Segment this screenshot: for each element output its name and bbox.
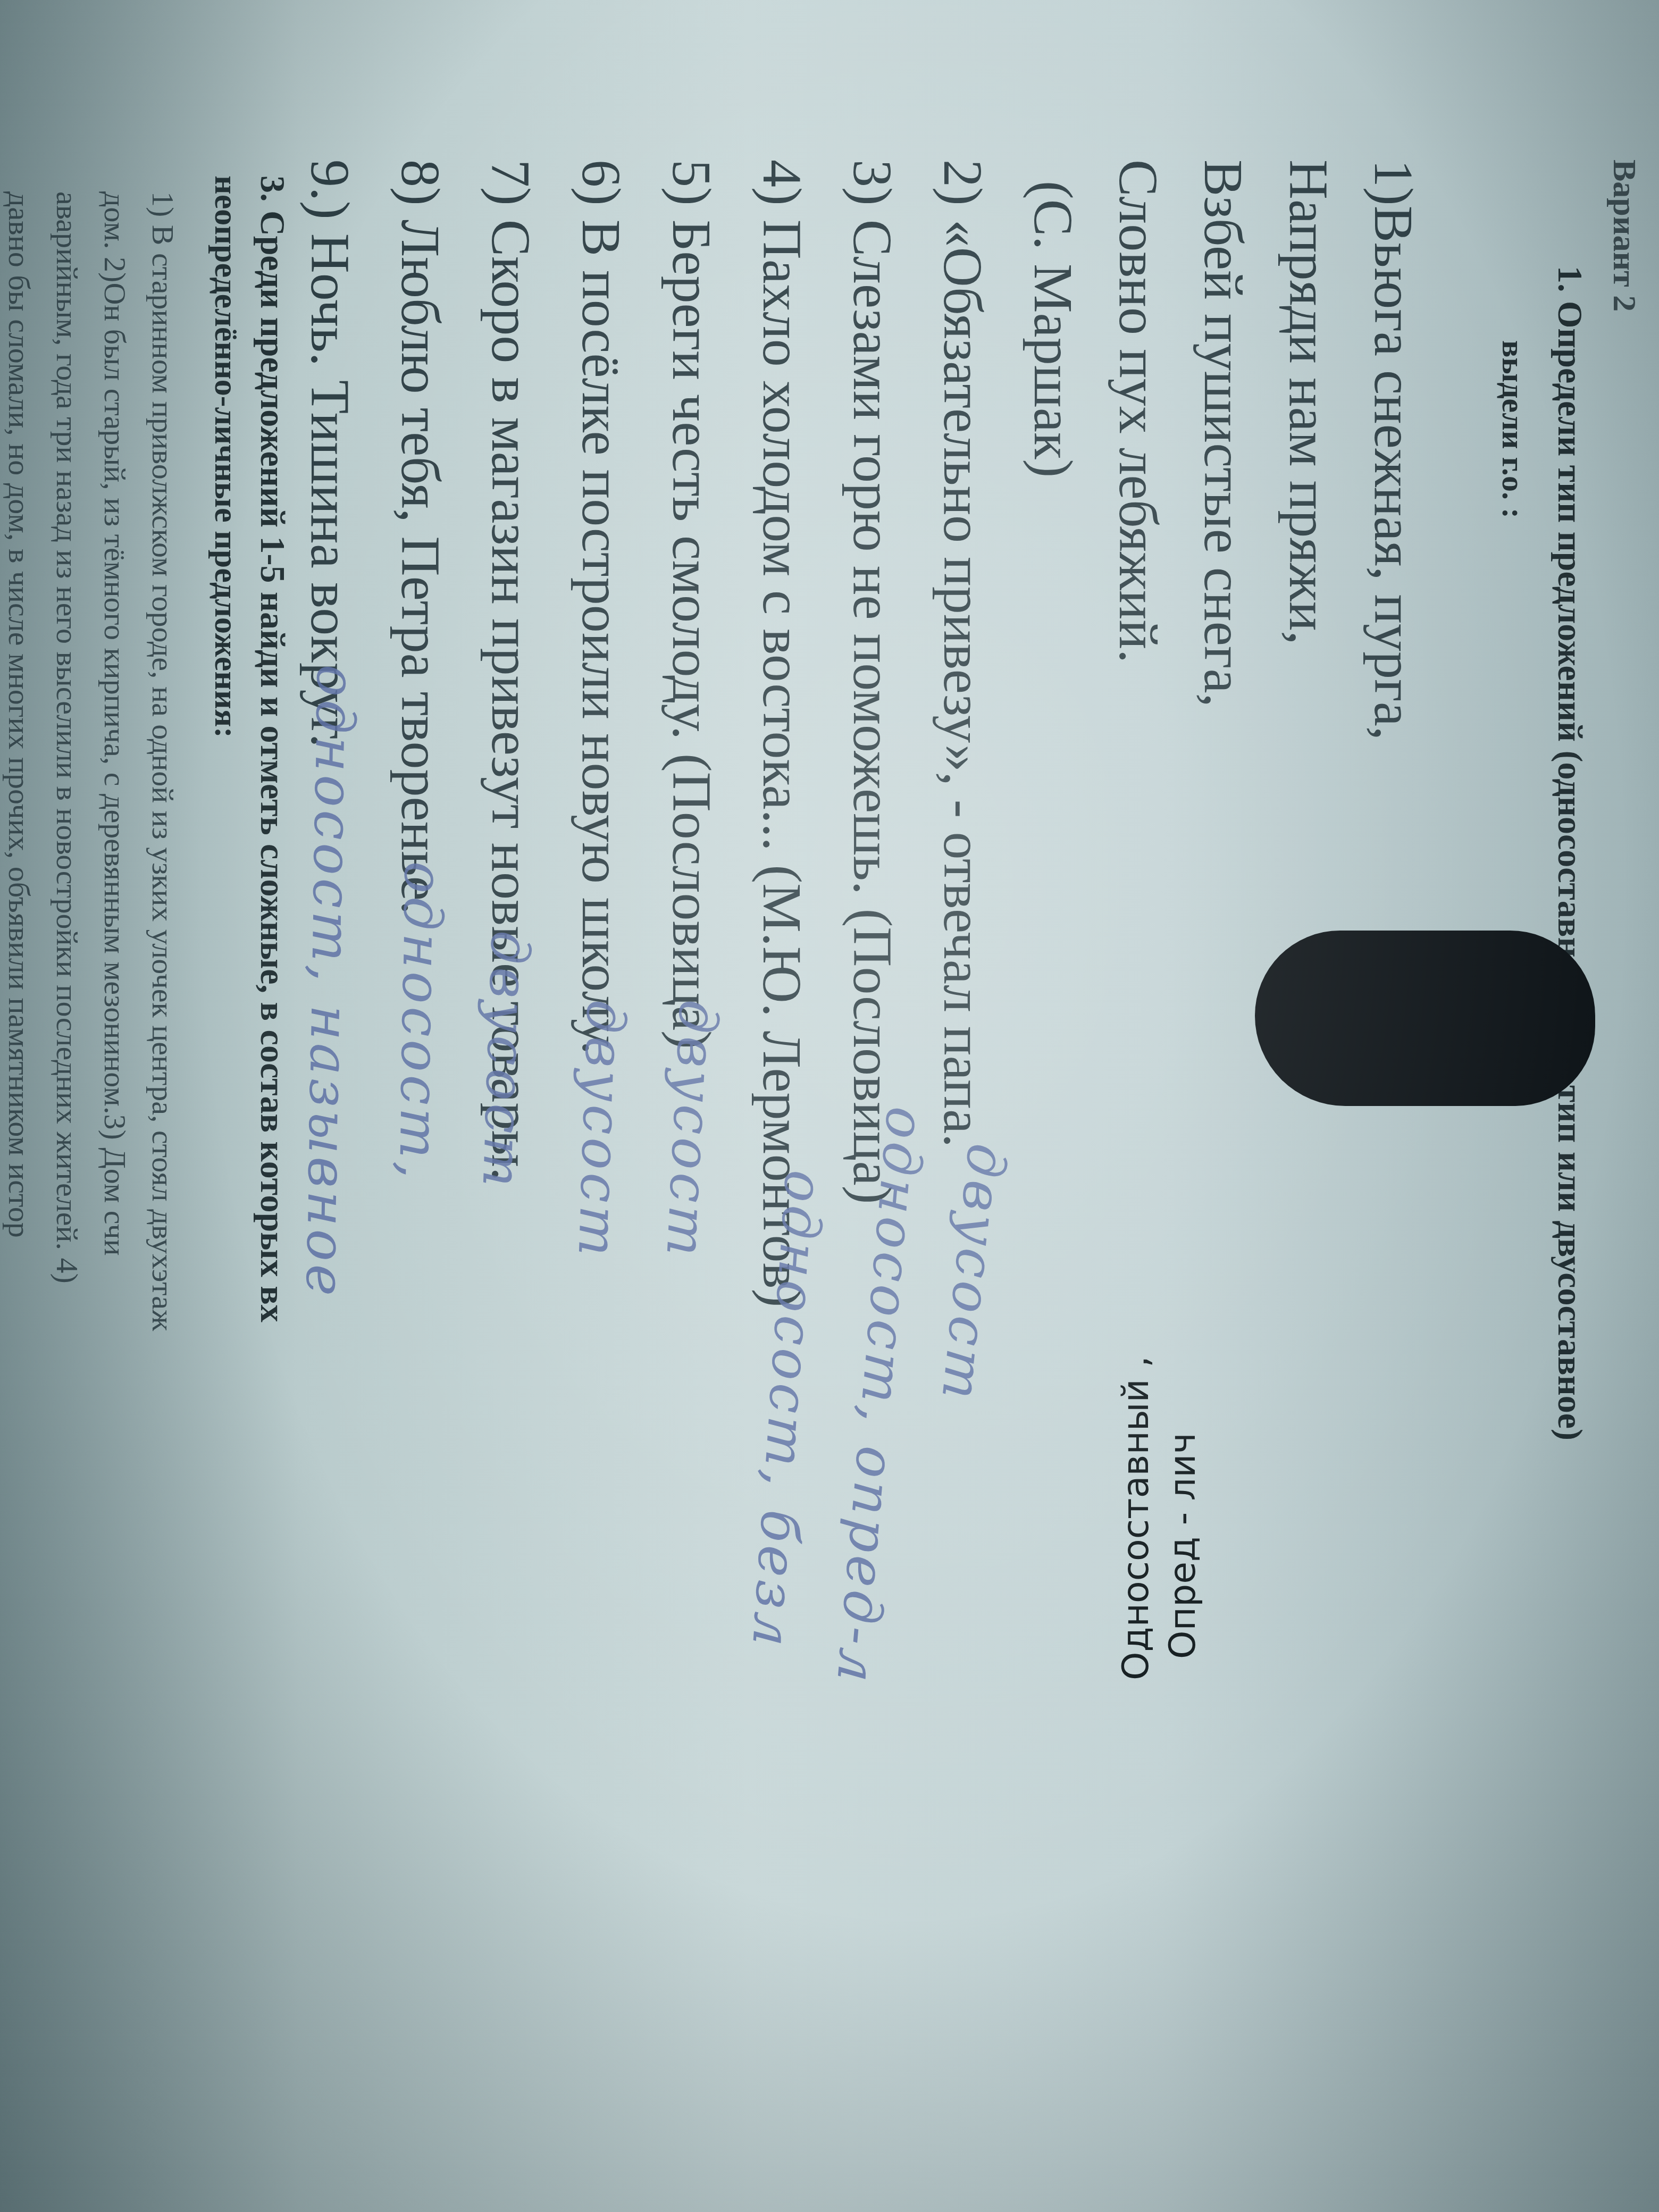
sentence-1-line-2: Напряди нам пряжи, xyxy=(1277,160,1340,645)
sentence-6: 6) В посёлке построили новую школу. xyxy=(569,160,633,1054)
sentence-1-author: (С. Маршак) xyxy=(1021,181,1085,477)
paragraph-line-4: давно бы сломали, но дом, в числе многих… xyxy=(2,191,37,1238)
sentence-9: 9.) Ночь. Тишина вокруг. xyxy=(298,160,362,747)
handwritten-answer-5: двусост xyxy=(654,998,730,1261)
sentence-1-line-1: 1)Вьюга снежная, пурга, xyxy=(1362,160,1425,740)
sentence-1-line-3: Взбей пушистые снега, xyxy=(1192,160,1255,707)
sentence-2: 2) «Обязательно привезу», - отвечал папа… xyxy=(931,160,994,1147)
worksheet-page: Вариант 2 1. Определи тип предложений (о… xyxy=(0,0,1659,2212)
overlay-caption: Односоставный , Опред - лич xyxy=(1113,1356,1207,1680)
handwritten-answer-2: двусост xyxy=(929,1141,1018,1405)
sentence-8: 8) Люблю тебя, Петра творенье. xyxy=(389,160,452,915)
sentence-3: 3) Слезами горю не поможешь. (Пословица) xyxy=(841,160,904,1204)
paragraph-line-3: аварийным, года три назад из него высели… xyxy=(49,191,85,1284)
task1-title: 1. Определи тип предложений (односоставн… xyxy=(1549,266,1590,1440)
paragraph-line-1: 1) В старинном приволжском городе, на од… xyxy=(145,191,181,1331)
variant-heading: Вариант 2 xyxy=(1605,160,1643,312)
redaction-blob xyxy=(1255,931,1595,1106)
handwritten-answer-8: односост, xyxy=(387,861,455,1182)
task3-subtitle: неопределённо-личные предложения: xyxy=(207,175,245,738)
task3-title: 3. Среди предложений 1-5 найди и отметь … xyxy=(252,175,292,1322)
handwritten-answer-7: двусост xyxy=(471,929,542,1191)
handwritten-answer-6: двусост xyxy=(566,999,638,1260)
overlay-caption-line-2: Опред - лич xyxy=(1160,1356,1207,1680)
handwritten-answer-9: односост, назывное xyxy=(294,664,367,1300)
sentence-5: 5) Береги честь смолоду. (Пословица) xyxy=(660,160,723,1049)
sentence-4: 4) Пахло холодом с востока... (М.Ю. Лерм… xyxy=(750,160,814,1307)
task1-subtitle: выдели г.о. : xyxy=(1495,340,1531,518)
overlay-caption-line-1: Односоставный , xyxy=(1113,1356,1160,1680)
sentence-1-line-4: Словно пух лебяжий. xyxy=(1107,160,1170,663)
paragraph-line-2: дом. 2)Он был старый, из тёмного кирпича… xyxy=(97,191,133,1256)
